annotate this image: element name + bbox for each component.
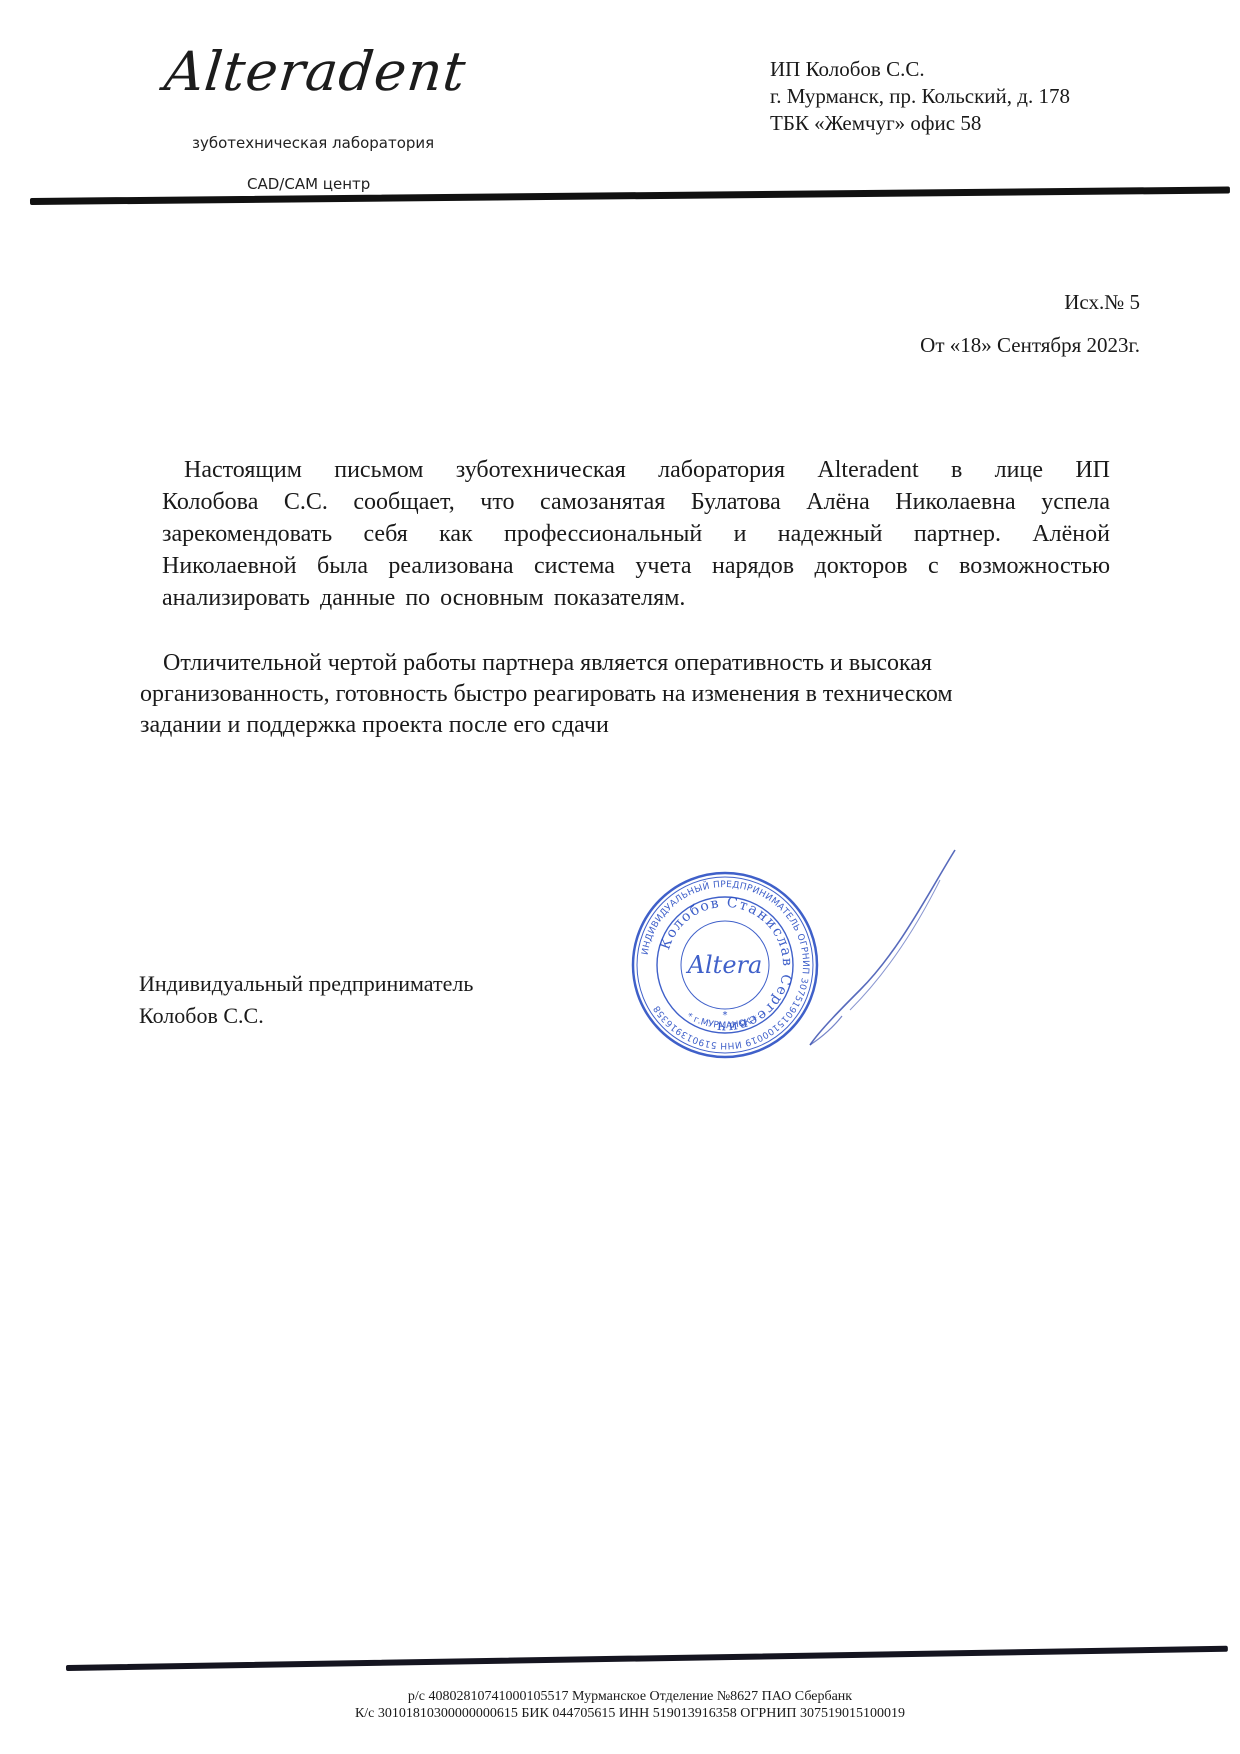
paragraph-line: зарекомендовать себя как профессиональны… [140,518,1110,550]
sender-street: г. Мурманск, пр. Кольский, д. 178 [770,83,1070,110]
paragraph-line: организованность, готовность быстро реаг… [140,679,1100,710]
paragraph-line: анализировать данные по основным показат… [140,582,1110,614]
company-subtitle: зуботехническая лаборатория [192,134,434,152]
sender-office: ТБК «Жемчуг» офис 58 [770,110,1070,137]
letter-date: От «18» Сентября 2023г. [920,333,1140,358]
company-subtitle-cadcam: CAD/CAM центр [247,175,370,193]
stamp-center-logo: Altera [686,951,763,979]
sender-name: ИП Колобов С.С. [770,56,1070,83]
company-logo: Alteradent [162,40,470,103]
signatory-block: Индивидуальный предприниматель Колобов С… [139,968,473,1032]
stamp-star-icon: * [723,1010,728,1021]
sender-address-block: ИП Колобов С.С. г. Мурманск, пр. Кольски… [770,56,1070,137]
handwritten-signature [780,840,980,1060]
paragraph-line: задании и поддержка проекта после его сд… [140,710,1100,741]
paragraph-distinctive-features: Отличительной чертой работы партнера явл… [140,648,1100,741]
reference-block: Исх.№ 5 От «18» Сентября 2023г. [920,290,1140,358]
signatory-title: Индивидуальный предприниматель [139,968,473,1000]
footer-requisites: К/с 30101810300000000615 БИК 044705615 И… [10,1706,1240,1722]
outgoing-number: Исх.№ 5 [920,290,1140,315]
paragraph-line: Николаевной была реализована система уче… [140,550,1110,582]
paragraph-line: Колобова С.С. сообщает, что самозанятая … [140,486,1110,518]
footer-bank-account: р/с 40802810741000105517 Мурманское Отде… [10,1689,1240,1705]
signatory-name: Колобов С.С. [139,1000,473,1032]
paragraph-line: Настоящим письмом зуботехническая лабора… [140,454,1110,486]
footer-divider [66,1646,1228,1671]
paragraph-line: Отличительной чертой работы партнера явл… [140,648,1100,679]
paragraph-recommendation: Настоящим письмом зуботехническая лабора… [140,454,1110,614]
header-divider [30,186,1230,205]
